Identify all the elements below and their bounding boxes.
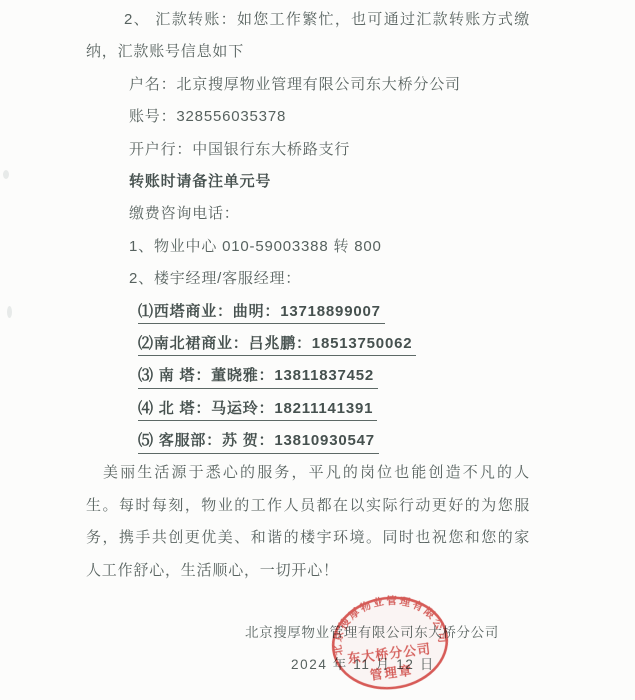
- manager-contact-label: ⑷ 北 塔：马运玲：18211141391: [138, 400, 377, 422]
- bank-branch: 开户行：中国银行东大桥路支行: [86, 134, 530, 166]
- manager-contact-south-tower: ⑶ 南 塔：董晓雅：13811837452: [86, 360, 530, 392]
- closing-line1: 美丽生活源于悉心的服务，平凡的岗位也能创造不凡的人: [86, 457, 530, 489]
- manager-contact-label: ⑸ 客服部：苏 贺：13810930547: [138, 432, 379, 454]
- remark-note: 转账时请备注单元号: [86, 166, 530, 198]
- manager-contact-service-dept: ⑸ 客服部：苏 贺：13810930547: [86, 425, 530, 457]
- manager-contact-podium: ⑵南北裙商业：吕兆鹏：18513750062: [86, 328, 530, 360]
- scanned-notice-page: { "theme": { "text_color": "#57625f", "b…: [0, 0, 635, 700]
- manager-contact-north-tower: ⑷ 北 塔：马运玲：18211141391: [86, 393, 530, 425]
- signature-gap: [86, 587, 530, 617]
- closing-line3: 务，携手共创更优美、和谐的楼宇环境。同时也祝您和您的家: [86, 522, 530, 554]
- contacts-heading: 缴费咨询电话：: [86, 198, 530, 230]
- account-number: 账号：328556035378: [86, 101, 530, 133]
- manager-contact-label: ⑴西塔商业：曲明：13718899007: [138, 303, 385, 325]
- account-name: 户名：北京搜厚物业管理有限公司东大桥分公司: [86, 69, 530, 101]
- manager-contact-label: ⑵南北裙商业：吕兆鹏：18513750062: [138, 335, 416, 357]
- notice-body: 2、 汇款转账：如您工作繁忙，也可通过汇款转账方式缴 纳，汇款账号信息如下 户名…: [0, 4, 530, 682]
- transfer-intro-line1: 2、 汇款转账：如您工作繁忙，也可通过汇款转账方式缴: [86, 4, 530, 36]
- managers-heading: 2、楼宇经理/客服经理：: [86, 263, 530, 295]
- transfer-intro-line2: 纳，汇款账号信息如下: [86, 36, 530, 68]
- scan-artifact: [7, 306, 12, 318]
- manager-contact-label: ⑶ 南 塔：董晓雅：13811837452: [138, 367, 378, 389]
- property-center-phone: 1、物业中心 010-59003388 转 800: [86, 231, 530, 263]
- manager-contact-west-tower: ⑴西塔商业：曲明：13718899007: [86, 296, 530, 328]
- closing-line4: 人工作舒心，生活顺心，一切开心！: [86, 555, 530, 587]
- company-seal-stamp: 北京搜厚物业管理有限公司 东大桥分公司 管理章: [323, 587, 456, 699]
- scan-artifact: [3, 170, 9, 179]
- closing-line2: 生。每时每刻，物业的工作人员都在以实际行动更好的为您服: [86, 490, 530, 522]
